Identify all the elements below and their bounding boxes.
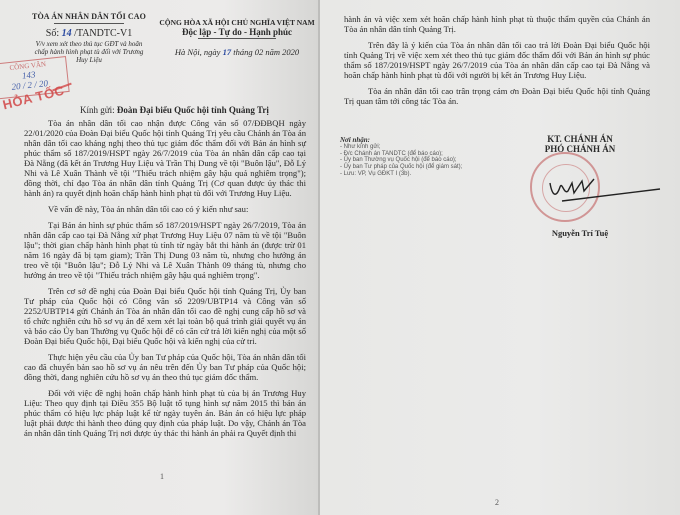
handwritten-number: 14	[62, 28, 72, 39]
issuing-authority: TÒA ÁN NHÂN DÂN TỐI CAO	[30, 12, 148, 21]
paragraph: Thực hiện yêu cầu của Ủy ban Tư pháp của…	[24, 352, 306, 382]
document-number: Số: 14 /TANDTC-V1	[30, 28, 148, 39]
nation-name: CỘNG HÒA XÃ HỘI CHỦ NGHĨA VIỆT NAM	[158, 18, 316, 27]
recipient: - Lưu: VP, Vụ GĐKT I (3b).	[340, 171, 500, 178]
page-number: 2	[495, 498, 499, 507]
paragraph: Đối với việc đề nghị hoãn chấp hành hình…	[24, 388, 306, 438]
document-page-2: hành án và việc xem xét hoãn chấp hành h…	[320, 0, 680, 515]
divider	[198, 38, 276, 39]
letter-body-page-1: Tòa án nhân dân tối cao nhận được Công v…	[24, 118, 306, 444]
paragraph: Trên đây là ý kiến của Tòa án nhân dân t…	[344, 40, 650, 81]
issuing-authority-block: TÒA ÁN NHÂN DÂN TỐI CAO Số: 14 /TANDTC-V…	[30, 12, 148, 64]
addressee: Kính gửi: Đoàn Đại biểu Quốc hội tỉnh Qu…	[80, 105, 269, 115]
recipients-list: Nơi nhận: - Như kính gửi; - Đ/c Chánh án…	[340, 137, 500, 178]
paragraph: Tại Bản án hình sự phúc thẩm số 187/2019…	[24, 220, 306, 280]
national-motto: Độc lập - Tự do - Hạnh phúc	[158, 27, 316, 37]
recipients-title: Nơi nhận:	[340, 137, 500, 144]
signer-role: KT. CHÁNH ÁN	[510, 134, 650, 144]
recipient: - Ủy ban Tư pháp của Quốc hội (để giám s…	[340, 164, 500, 171]
national-header: CỘNG HÒA XÃ HỘI CHỦ NGHĨA VIỆT NAM Độc l…	[158, 18, 316, 57]
divider	[54, 23, 124, 24]
signer-title: PHÓ CHÁNH ÁN	[510, 144, 650, 154]
paragraph: Tòa án nhân dân tối cao trân trọng cảm ơ…	[344, 86, 650, 107]
paragraph: Trên cơ sở đề nghị của Đoàn Đại biểu Quố…	[24, 286, 306, 346]
letter-body-page-2: hành án và việc xem xét hoãn chấp hành h…	[344, 14, 650, 111]
paragraph: Tòa án nhân dân tối cao nhận được Công v…	[24, 118, 306, 198]
page-number: 1	[160, 472, 164, 481]
document-date: Hà Nội, ngày 17 tháng 02 năm 2020	[158, 47, 316, 57]
recipient: - Như kính gửi;	[340, 144, 500, 151]
paragraph: hành án và việc xem xét hoãn chấp hành h…	[344, 14, 650, 35]
paragraph: Về vấn đề này, Tòa án nhân dân tối cao c…	[24, 204, 306, 214]
signer-name: Nguyễn Trí Tuệ	[510, 228, 650, 238]
signature-block: KT. CHÁNH ÁN PHÓ CHÁNH ÁN Nguyễn Trí Tuệ	[510, 134, 650, 238]
document-page-1: TÒA ÁN NHÂN DÂN TỐI CAO Số: 14 /TANDTC-V…	[0, 0, 319, 515]
